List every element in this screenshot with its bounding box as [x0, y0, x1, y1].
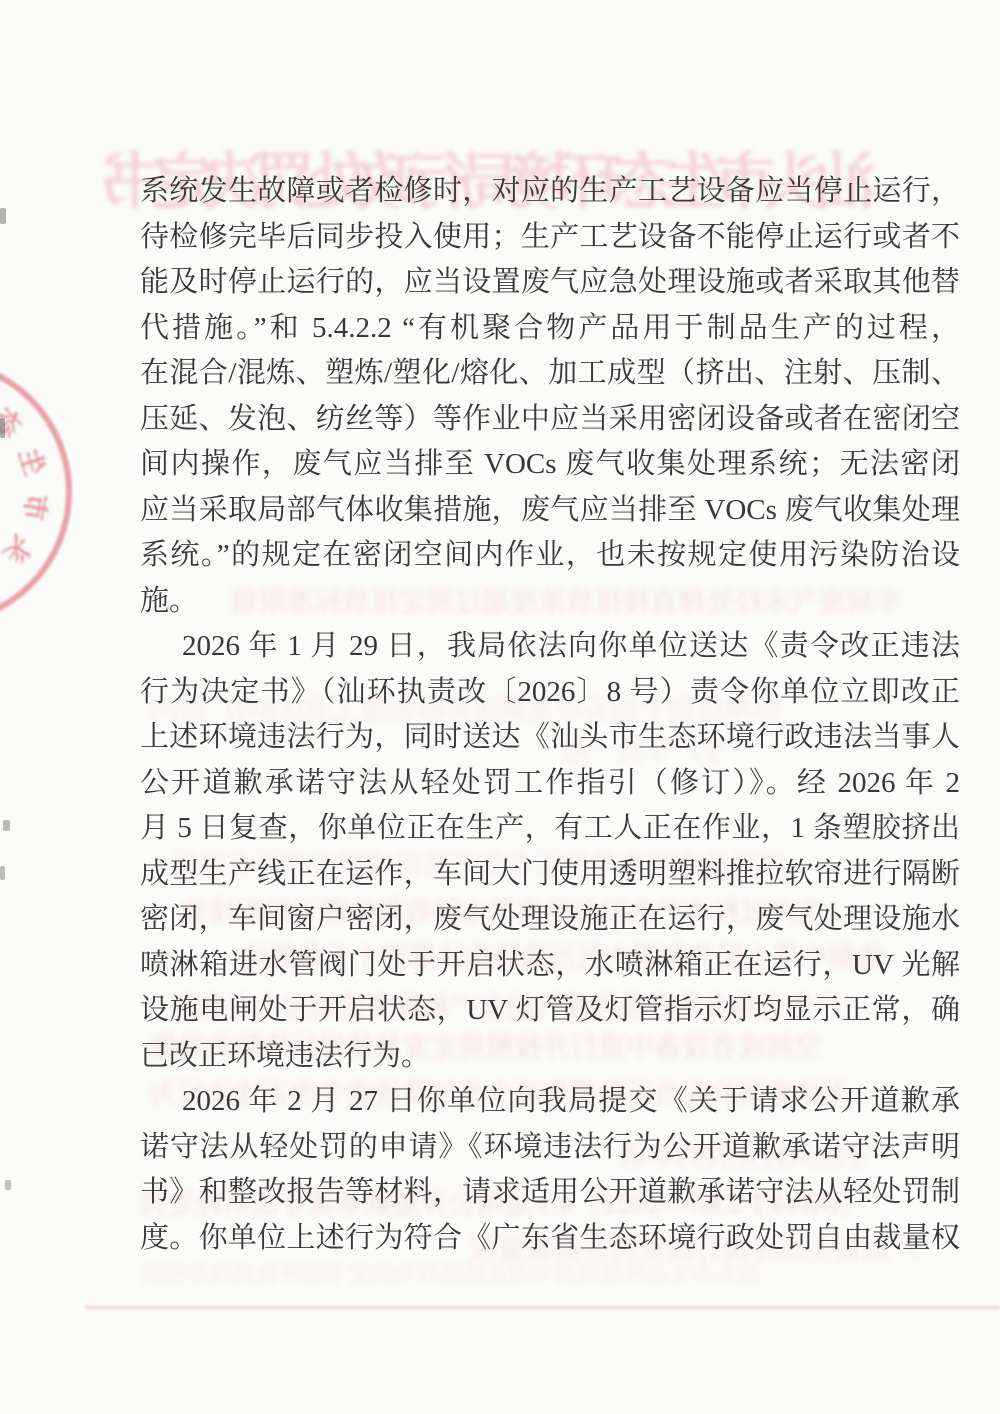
text-line: 施。 [140, 579, 960, 625]
text-line: 间内操作，废气应当排至 VOCs 废气收集处理系统；无法密闭的， [140, 442, 960, 488]
text-line: 设施电闸处于开启状态，UV 灯管及灯管指示灯均显示正常，确 [140, 988, 960, 1034]
scan-artifact [3, 820, 10, 831]
text-line: 待检修完毕后同步投入使用；生产工艺设备不能停止运行或者不 [140, 215, 960, 261]
text-line: 行为决定书》（汕环执责改〔2026〕8 号）责令你单位立即改正 [140, 670, 960, 716]
scanned-document-page: 汕头市生态环境局行政处罚决定书 车间废气未经处理直接排放浓度超过规定排放标准限值… [0, 0, 1000, 1414]
text-line: 月 5 日复查，你单位正在生产，有工人正在作业，1 条塑胶挤出 [140, 806, 960, 852]
text-line: 系统。”的规定在密闭空间内作业，也未按规定使用污染防治设 [140, 533, 960, 579]
document-body: 系统发生故障或者检修时，对应的生产工艺设备应当停止运行，待检修完毕后同步投入使用… [140, 169, 960, 1261]
text-line: 密闭，车间窗户密闭，废气处理设施正在运行，废气处理设施水 [140, 897, 960, 943]
text-line: 能及时停止运行的，应当设置废气应急处理设施或者采取其他替 [140, 260, 960, 306]
paragraph-2: 2026 年 1 月 29 日，我局依法向你单位送达《责令改正违法行为决定书》（… [140, 624, 960, 1079]
seal-character: 市 [18, 490, 52, 524]
official-seal-stamp: 态生市头汕 [0, 358, 72, 626]
text-line: 在混合/混炼、塑炼/塑化/熔化、加工成型（挤出、注射、压制、 [140, 351, 960, 397]
scan-artifact [0, 208, 6, 224]
text-line: 已改正环境违法行为。 [140, 1034, 960, 1080]
text-line: 公开道歉承诺守法从轻处罚工作指引（修订）》。经 2026 年 2 [140, 761, 960, 807]
text-line: 2026 年 1 月 29 日，我局依法向你单位送达《责令改正违法 [140, 624, 960, 670]
scan-artifact [0, 866, 5, 880]
text-line: 度。你单位上述行为符合《广东省生态环境行政处罚自由裁量权 [140, 1216, 960, 1262]
bleedthrough-rule [85, 1306, 1000, 1309]
scan-artifact [0, 418, 5, 438]
text-line: 成型生产线正在运作，车间大门使用透明塑料推拉软帘进行隔断 [140, 852, 960, 898]
text-line: 诺守法从轻处罚的申请》《环境违法行为公开道歉承诺守法声明 [140, 1125, 960, 1171]
scan-artifact [5, 1180, 11, 1190]
text-line: 应当采取局部气体收集措施，废气应当排至 VOCs 废气收集处理 [140, 488, 960, 534]
paragraph-1: 系统发生故障或者检修时，对应的生产工艺设备应当停止运行，待检修完毕后同步投入使用… [140, 169, 960, 624]
text-line: 压延、发泡、纺丝等）等作业中应当采用密闭设备或者在密闭空 [140, 397, 960, 443]
text-line: 喷淋箱进水管阀门处于开启状态，水喷淋箱正在运行，UV 光解 [140, 943, 960, 989]
text-line: 系统发生故障或者检修时，对应的生产工艺设备应当停止运行， [140, 169, 960, 215]
text-line: 书》和整改报告等材料，请求适用公开道歉承诺守法从轻处罚制 [140, 1170, 960, 1216]
paragraph-3: 2026 年 2 月 27 日你单位向我局提交《关于请求公开道歉承诺守法从轻处罚… [140, 1079, 960, 1261]
text-line: 上述环境违法行为，同时送达《汕头市生态环境行政违法当事人 [140, 715, 960, 761]
text-line: 2026 年 2 月 27 日你单位向我局提交《关于请求公开道歉承 [140, 1079, 960, 1125]
text-line: 代措施。”和 5.4.2.2 “有机聚合物产品用于制品生产的过程， [140, 306, 960, 352]
